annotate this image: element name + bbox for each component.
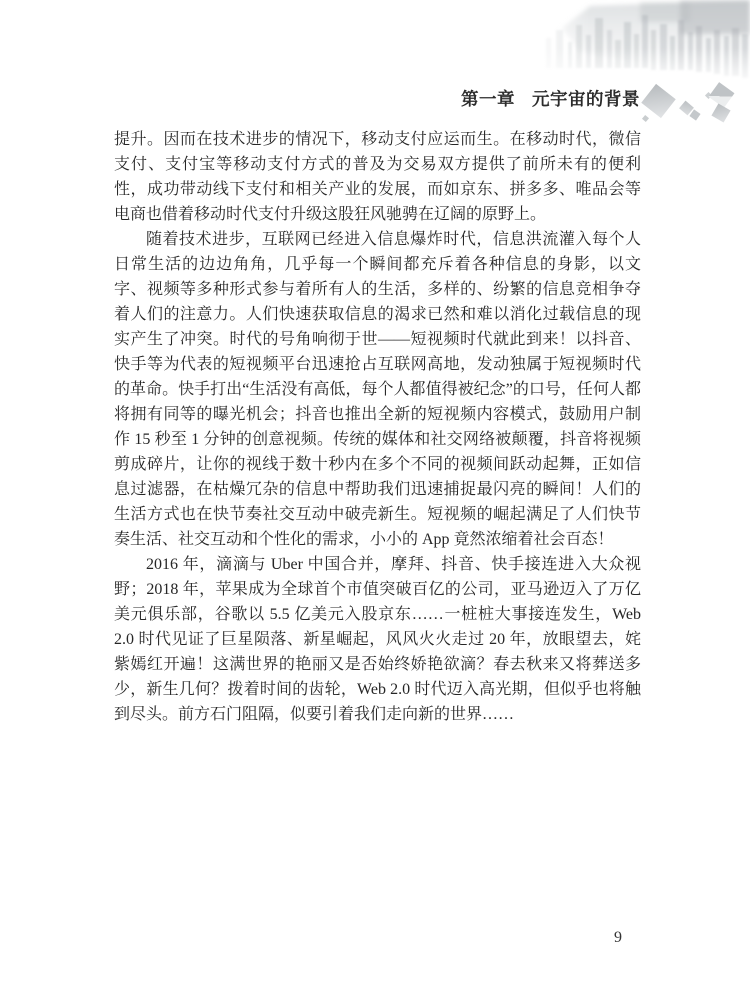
- chapter-heading: 第一章 元宇宙的背景: [461, 86, 640, 111]
- body-paragraph: 随着技术进步，互联网已经进入信息爆炸时代，信息洪流灌入每个人日常生活的边边角角，…: [114, 227, 641, 552]
- book-page: 第一章 元宇宙的背景 提升。因而在技术进步的情况下，移动支付应运而生。在移动时代…: [0, 0, 750, 1000]
- cube-decoration: [711, 103, 730, 122]
- cube-decoration: [641, 84, 675, 118]
- cube-decoration: [689, 109, 700, 120]
- body-paragraph: 2016 年，滴滴与 Uber 中国合并，摩拜、抖音、快手接连进入大众视野；20…: [114, 552, 641, 727]
- chapter-number-label: 第一章: [461, 86, 515, 111]
- body-text-block: 提升。因而在技术进步的情况下，移动支付应运而生。在移动时代，微信支付、支付宝等移…: [114, 127, 641, 727]
- chapter-title-label: 元宇宙的背景: [532, 86, 640, 111]
- cube-decoration: [709, 82, 735, 108]
- body-paragraph: 提升。因而在技术进步的情况下，移动支付应运而生。在移动时代，微信支付、支付宝等移…: [114, 127, 641, 227]
- page-number: 9: [606, 929, 630, 947]
- cube-decoration: [642, 115, 649, 122]
